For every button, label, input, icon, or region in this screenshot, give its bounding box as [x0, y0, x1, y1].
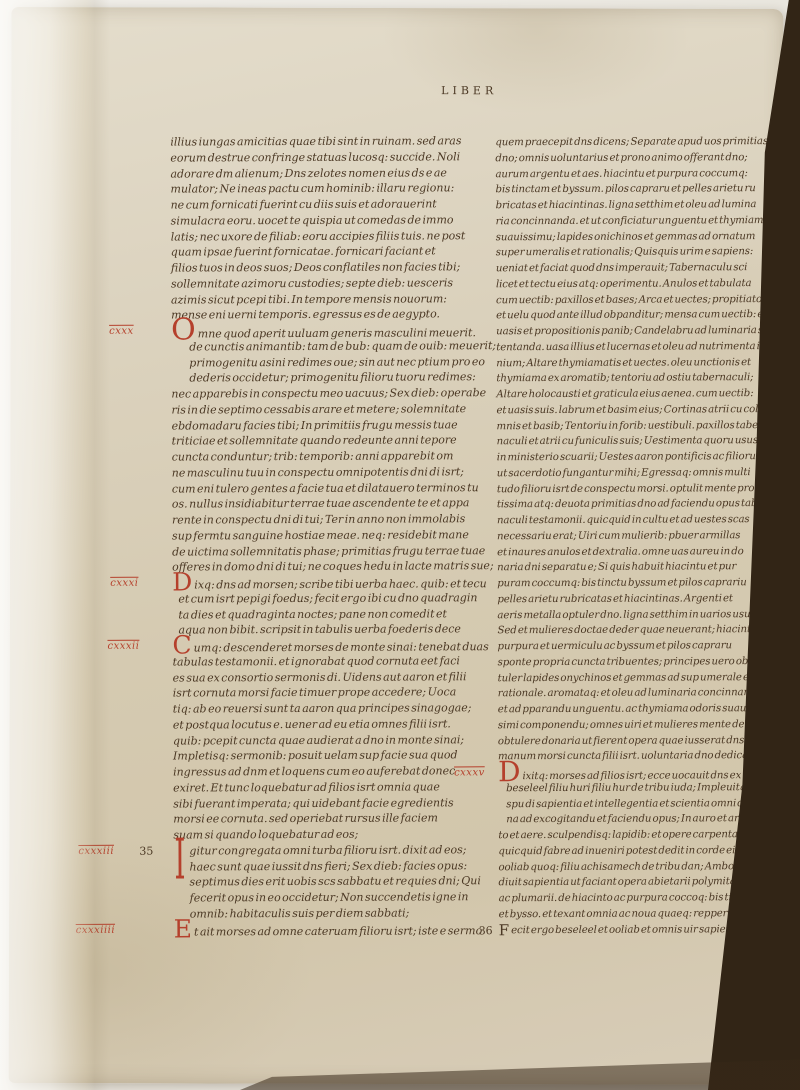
manuscript-line: tentanda. uasa illius et lucernas et ole…: [496, 339, 778, 356]
manuscript-line: cum eni tulero gentes a facie tua et dil…: [172, 480, 496, 497]
line-text: et cum isrt pepigi foedus; fecit ergo ib…: [178, 591, 477, 605]
manuscript-line: to et aere. sculpendisq: lapidib: et ope…: [498, 827, 780, 844]
manuscript-line: naculi et atrii cu funiculis suis; Uesti…: [497, 433, 779, 450]
line-text: naculi et atrii cu funiculis suis; Uesti…: [497, 435, 765, 447]
line-text: haec sunt quae iussit dns fieri; Sex die…: [189, 859, 467, 873]
line-text: ut sacerdotio fungantur mihi; Egressaq: …: [497, 467, 751, 479]
line-text: cum eni tulero gentes a facie tua et dil…: [172, 481, 479, 495]
manuscript-line: illius iungas amicitias quae tibi sint i…: [170, 133, 494, 150]
manuscript-line: ooliab quoq: filiu achisamech de tribu d…: [498, 859, 780, 876]
manuscript-line: uasis et propositionis panib; Candelabru…: [496, 323, 778, 340]
versal-initial: F: [499, 925, 509, 935]
line-text: naculi testamonii. quicquid in cultu et …: [497, 514, 750, 526]
versal-initial: C: [172, 640, 191, 650]
line-text: pelles arietu rubricatas et hiacintinas.…: [497, 593, 733, 605]
line-text: ebdomadaru facies tibi; In primitiis fru…: [172, 418, 458, 432]
line-text: ingressus ad dnm et loquens cum eo aufer…: [173, 764, 455, 778]
line-text: septimus dies erit uobis scs sabbatu et …: [190, 874, 481, 888]
line-text: ne cum fornicati fuerint cu diis suis et…: [171, 197, 437, 211]
line-text: nium; Altare thymiamatis et uectes. oleu…: [496, 357, 751, 369]
line-text: ris in die septimo cessabis arare et met…: [171, 402, 466, 416]
manuscript-line: rationale. aromataq: et oleu ad luminari…: [498, 685, 780, 702]
line-text: ueniat et faciat quod dns imperauit; Tab…: [496, 262, 747, 274]
manuscript-line: spu di sapientia et intellegentia et sci…: [506, 796, 780, 813]
manuscript-line: mense eni uerni temporis. egressus es de…: [171, 306, 495, 323]
manuscript-line: sibi fuerant imperata; qui uidebant faci…: [173, 795, 497, 812]
line-text: et inaures anulos et dextralia. omne uas…: [497, 546, 744, 558]
line-text: mense eni uerni temporis. egressus es de…: [171, 308, 440, 322]
manuscript-line: ac plumarii. de hiacinto ac purpura cocc…: [499, 890, 781, 907]
line-text: suauissimu; lapides onichinos et gemmas …: [496, 231, 756, 243]
line-text: cum uectib: paxillos et bases; Arca et u…: [496, 294, 776, 306]
manuscript-line: bricatas et hiacintinas. ligna setthim e…: [496, 197, 778, 214]
line-text: sponte propria cuncta tribuentes; princi…: [498, 656, 749, 668]
line-text: azimis sicut pcepi tibi. In tempore mens…: [171, 292, 447, 306]
line-text: et uelu quod ante illud obpanditur; mens…: [496, 309, 767, 321]
manuscript-line: simi componendu; omnes uiri et mulieres …: [498, 717, 780, 734]
line-text: spu di sapientia et intellegentia et sci…: [506, 798, 767, 810]
line-text: dederis occidetur; primogenitu filioru t…: [189, 370, 476, 384]
line-text: exiret. Et tunc loquebatur ad filios isr…: [173, 780, 440, 794]
manuscript-line: es sua ex consortio sermonis di. Uidens …: [173, 669, 497, 686]
line-text: aurum argentu et aes. hiacintu et purpur…: [495, 168, 747, 180]
manuscript-line: quem praecepit dns dicens; Separate apud…: [495, 134, 777, 151]
manuscript-line: cum uectib: paxillos et bases; Arca et u…: [496, 292, 778, 309]
text-column-left: illius iungas amicitias quae tibi sint i…: [170, 133, 498, 938]
manuscript-line: septimus dies erit uobis scs sabbatu et …: [190, 873, 498, 890]
versal-initial: E: [174, 924, 192, 934]
line-text: ac plumarii. de hiacinto ac purpura cocc…: [499, 892, 754, 904]
manuscript-line: rente in conspectu dni di tui; Ter in an…: [172, 511, 496, 528]
line-text: tuler lapides onychinos et gemmas ad sup…: [498, 672, 753, 684]
manuscript-line: manum morsi cuncta filii isrt. uoluntari…: [498, 748, 780, 765]
line-text: sup fermtu sanguine hostiae meae. neq: r…: [172, 528, 469, 542]
line-text: in ministerio scuarii; Uestes aaron pont…: [497, 451, 770, 463]
manuscript-line: eorum destrue confringe statuas lucosq: …: [170, 149, 494, 166]
line-text: illius iungas amicitias quae tibi sint i…: [170, 134, 461, 148]
manuscript-line: morsi ee cornuta. sed operiebat rursus i…: [173, 810, 497, 827]
line-text: aqua non bibit. scripsit in tabulis uerb…: [178, 623, 461, 637]
chapter-number-rubric: cxxx: [109, 324, 134, 340]
line-text: quicquid fabre ad inueniri potest dedit …: [498, 845, 738, 857]
line-text: omnib: habitaculis suis per diem sabbati…: [190, 906, 410, 920]
manuscript-line: exiret. Et tunc loquebatur ad filios isr…: [173, 779, 497, 796]
line-text: rente in conspectu dni di tui; Ter in an…: [172, 512, 465, 526]
manuscript-line: aurum argentu et aes. hiacintu et purpur…: [495, 166, 777, 183]
manuscript-line: licet et tectu eius atq: operimentu. Anu…: [496, 276, 778, 293]
manuscript-line: cxxxiDixq: dns ad morsen; scribe tibi ue…: [172, 574, 496, 591]
versal-initial: D: [498, 767, 520, 777]
line-text: mnis et basib; Tentoriu in forib: uestib…: [497, 420, 763, 432]
line-text: rationale. aromataq: et oleu ad luminari…: [498, 687, 763, 699]
manuscript-line: cxxxiiCumq: descenderet morses de monte …: [172, 637, 496, 654]
manuscript-line: tabulas testamonii. et ignorabat quod co…: [173, 653, 497, 670]
line-text: simulacra eoru. uocet te quispia ut come…: [171, 213, 454, 227]
manuscript-line: bis tinctam et byssum. pilos capraru et …: [495, 181, 777, 198]
manuscript-line: ria concinnanda. et ut conficiatur ungue…: [496, 213, 778, 230]
manuscript-line: tuler lapides onychinos et gemmas ad sup…: [498, 670, 780, 687]
line-text: t ait morses ad omne cateruam filioru is…: [194, 924, 482, 938]
line-text: de cunctis animantib: tam de bub: quam d…: [189, 339, 496, 353]
manuscript-line: et postqua locutus e. uener ad eu etia o…: [173, 716, 497, 733]
manuscript-line: ingressus ad dnm et loquens cum eo aufer…: [173, 763, 497, 780]
line-text: ne masculinu tuu in conspectu omnipotent…: [172, 465, 464, 479]
manuscript-line: et ad pparandu unguentu. ac thymiama odo…: [498, 701, 780, 718]
manuscript-line: et uasis suis. labrum et basim eius; Cor…: [496, 402, 778, 419]
manuscript-line: super umeralis et rationalis; Quisquis u…: [496, 244, 778, 261]
manuscript-line: diuit sapientia ut faciant opera abietar…: [499, 874, 781, 891]
manuscript-line: beseleel filiu huri filiu hur de tribu i…: [506, 780, 780, 797]
line-text: thymiama ex aromatib; tentoriu ad ostiu …: [496, 372, 753, 384]
versal-initial: O: [171, 325, 196, 335]
line-text: et postqua locutus e. uener ad eu etia o…: [173, 717, 451, 731]
manuscript-line: adorare dm alienum; Dns zelotes nomen ei…: [170, 165, 494, 182]
versal-initial: I: [174, 840, 185, 880]
line-text: obtulere donaria ut fierent opera quae i…: [498, 735, 752, 747]
line-text: tiq: ab eo reuersi sunt ta aaron qua pri…: [173, 701, 472, 715]
line-text: suam si quando loquebatur ad eos;: [173, 828, 358, 842]
line-text: fecerit opus in eo occidetur; Non succen…: [190, 890, 469, 904]
chapter-number-rubric: cxxxi: [110, 576, 138, 592]
manuscript-line: isrt cornuta morsi facie timuer prope ac…: [173, 684, 497, 701]
manuscript-line: offeres in domo dni di tui; ne coques he…: [172, 558, 496, 575]
running-title: LIBER: [441, 84, 497, 97]
manuscript-line: obtulere donaria ut fierent opera quae i…: [498, 733, 780, 750]
line-text: adorare dm alienum; Dns zelotes nomen ei…: [170, 166, 447, 180]
manuscript-line: Altare holocausti et graticula eius aene…: [496, 386, 778, 403]
line-text: mulator; Ne ineas pactu cum hominib: ill…: [170, 182, 454, 196]
manuscript-line: cxxxiii35Igitur congregata omni turba fi…: [189, 842, 497, 859]
line-text: nec apparebis in conspectu meo uacuus; S…: [171, 386, 486, 400]
line-text: isrt cornuta morsi facie timuer prope ac…: [173, 686, 457, 700]
line-text: to et aere. sculpendisq: lapidib: et ope…: [498, 829, 751, 841]
manuscript-line: simulacra eoru. uocet te quispia ut come…: [171, 212, 495, 229]
manuscript-line: sponte propria cuncta tribuentes; princi…: [498, 654, 780, 671]
manuscript-line: suauissimu; lapides onichinos et gemmas …: [496, 229, 778, 246]
manuscript-line: thymiama ex aromatib; tentoriu ad ostiu …: [496, 370, 778, 387]
manuscript-line: mulator; Ne ineas pactu cum hominib: ill…: [170, 180, 494, 197]
line-text: et uasis suis. labrum et basim eius; Cor…: [496, 404, 764, 416]
line-text: necessariu erat; Uiri cum mulierib: pbue…: [497, 530, 740, 542]
line-text: Sed et mulieres doctae deder quae neuera…: [497, 624, 757, 636]
line-text: quib: pcepit cuncta quae audierat a dno …: [173, 733, 464, 747]
line-text: puram coccumq: bis tinctu byssum et pilo…: [497, 577, 747, 589]
manuscript-line: Impletisq: sermonib: posuit uelam sup fa…: [173, 747, 497, 764]
line-text: super umeralis et rationalis; Quisquis u…: [496, 246, 754, 258]
manuscript-line: quicquid fabre ad inueniri potest dedit …: [498, 843, 780, 860]
manuscript-line: azimis sicut pcepi tibi. In tempore mens…: [171, 291, 495, 308]
manuscript-line: et uelu quod ante illud obpanditur; mens…: [496, 307, 778, 324]
manuscript-line: cxxxvDixitq: morses ad filios isrt; ecce…: [498, 764, 780, 781]
manuscript-line: mnis et basib; Tentoriu in forib: uestib…: [497, 418, 779, 435]
manuscript-line: aeris metalla optuler dno. ligna setthim…: [497, 607, 779, 624]
manuscript-line: haec sunt quae iussit dns fieri; Sex die…: [189, 858, 497, 875]
line-text: quem praecepit dns dicens; Separate apud…: [495, 136, 768, 148]
line-text: quam ipsae fuerint fornicatae. fornicari…: [171, 245, 436, 259]
manuscript-line: ris in die septimo cessabis arare et met…: [171, 401, 495, 418]
manuscript-line: na ad excogitandu et faciendu opus; In a…: [506, 811, 780, 828]
line-text: os. nullus insidiabitur terrae tuae asce…: [172, 496, 470, 510]
manuscript-line: ta dies et quadraginta noctes; pane non …: [178, 606, 496, 623]
line-text: uasis et propositionis panib; Candelabru…: [496, 325, 775, 337]
manuscript-line: naria dni separatu e; Si quis habuit hia…: [497, 559, 779, 576]
chapter-number-rubric: cxxxiiii: [76, 922, 115, 938]
line-text: et ad pparandu unguentu. ac thymiama odo…: [498, 703, 755, 715]
manuscript-line: naculi testamonii. quicquid in cultu et …: [497, 512, 779, 529]
chapter-number-ink: 35: [139, 843, 153, 859]
manuscript-line: cuncta conduntur; trib: temporib: anni a…: [172, 448, 496, 465]
line-text: aeris metalla optuler dno. ligna setthim…: [497, 609, 759, 621]
manuscript-line: 36Fecit ergo beseleel et ooliab et omnis…: [499, 922, 781, 939]
manuscript-line: et inaures anulos et dextralia. omne uas…: [497, 544, 779, 561]
line-text: ta dies et quadraginta noctes; pane non …: [178, 607, 447, 621]
chapter-number-rubric: cxxxii: [107, 639, 139, 655]
manuscript-line: suam si quando loquebatur ad eos;: [173, 826, 497, 843]
manuscript-line: de uictima sollemnitatis phase; primitia…: [172, 543, 496, 560]
manuscript-line: tudo filioru isrt de conspectu morsi. op…: [497, 481, 779, 498]
manuscript-line: triticiae et sollemnitate quando redeunt…: [172, 432, 496, 449]
line-text: ria concinnanda. et ut conficiatur ungue…: [496, 215, 770, 227]
manuscript-line: et cum isrt pepigi foedus; fecit ergo ib…: [178, 590, 496, 607]
manuscript-line: dno; omnis uoluntarius et prono animo of…: [495, 150, 777, 167]
line-text: bricatas et hiacintinas. ligna setthim e…: [496, 199, 757, 211]
line-text: tentanda. uasa illius et lucernas et ole…: [496, 341, 766, 353]
manuscript-line: filios tuos in deos suos; Deos conflatil…: [171, 259, 495, 276]
manuscript-line: nium; Altare thymiamatis et uectes. oleu…: [496, 355, 778, 372]
line-text: bis tinctam et byssum. pilos capraru et …: [495, 183, 755, 195]
versal-initial: D: [172, 577, 192, 587]
manuscript-line: omnib: habitaculis suis per diem sabbati…: [190, 905, 498, 922]
line-text: simi componendu; omnes uiri et mulieres …: [498, 719, 767, 731]
line-text: es sua ex consortio sermonis di. Uidens …: [173, 670, 467, 684]
manuscript-line: tiq: ab eo reuersi sunt ta aaron qua pri…: [173, 700, 497, 717]
manuscript-line: sup fermtu sanguine hostiae meae. neq: r…: [172, 527, 496, 544]
line-text: Impletisq: sermonib: posuit uelam sup fa…: [173, 749, 458, 763]
manuscript-line: purpura et uermiculu ac byssum et pilos …: [497, 638, 779, 655]
line-text: offeres in domo dni di tui; ne coques he…: [172, 559, 494, 573]
line-text: licet et tectu eius atq: operimentu. Anu…: [496, 278, 752, 290]
manuscript-line: sollemnitate azimoru custodies; septe di…: [171, 275, 495, 292]
manuscript-line: quam ipsae fuerint fornicatae. fornicari…: [171, 243, 495, 260]
chapter-number-rubric: cxxxv: [454, 765, 485, 781]
line-text: purpura et uermiculu ac byssum et pilos …: [497, 640, 732, 652]
line-text: et bysso. et texant omnia ac noua quaeq:…: [499, 908, 751, 920]
manuscript-line: necessariu erat; Uiri cum mulierib: pbue…: [497, 528, 779, 545]
manuscript-line: cxxxOmne quod aperit uuluam generis masc…: [171, 322, 495, 339]
manuscript-line: tissima atq: deuota primitias dno ad fac…: [497, 496, 779, 513]
text-column-right: quem praecepit dns dicens; Separate apud…: [495, 134, 781, 938]
line-text: latis; nec uxore de filiab: eoru accipie…: [171, 229, 466, 243]
manuscript-line: ueniat et faciat quod dns imperauit; Tab…: [496, 260, 778, 277]
manuscript-line: pelles arietu rubricatas et hiacintinas.…: [497, 591, 779, 608]
manuscript-line: Sed et mulieres doctae deder quae neuera…: [497, 622, 779, 639]
manuscript-photo: LIBER illius iungas amicitias quae tibi …: [0, 0, 800, 1090]
line-text: naria dni separatu e; Si quis habuit hia…: [497, 561, 736, 573]
line-text: beseleel filiu huri filiu hur de tribu i…: [506, 782, 763, 794]
line-text: tissima atq: deuota primitias dno ad fac…: [497, 498, 758, 510]
manuscript-line: et bysso. et texant omnia ac noua quaeq:…: [499, 906, 781, 923]
manuscript-line: puram coccumq: bis tinctu byssum et pilo…: [497, 575, 779, 592]
line-text: eorum destrue confringe statuas lucosq: …: [170, 150, 460, 164]
line-text: diuit sapientia ut faciant opera abietar…: [499, 876, 747, 888]
line-text: Altare holocausti et graticula eius aene…: [496, 388, 753, 400]
line-text: primogenitu asini redimes oue; sin aut n…: [189, 355, 485, 369]
line-text: sibi fuerant imperata; qui uidebant faci…: [173, 796, 454, 810]
manuscript-line: dederis occidetur; primogenitu filioru t…: [189, 369, 495, 386]
manuscript-line: ne masculinu tuu in conspectu omnipotent…: [172, 464, 496, 481]
line-text: ecit ergo beseleel et ooliab et omnis ui…: [511, 924, 764, 936]
line-text: morsi ee cornuta. sed operiebat rursus i…: [173, 812, 438, 826]
manuscript-line: ut sacerdotio fungantur mihi; Egressaq: …: [497, 465, 779, 482]
manuscript-line: nec apparebis in conspectu meo uacuus; S…: [171, 385, 495, 402]
parchment-page: LIBER illius iungas amicitias quae tibi …: [9, 7, 784, 1085]
line-text: dno; omnis uoluntarius et prono animo of…: [495, 152, 747, 164]
manuscript-line: ebdomadaru facies tibi; In primitiis fru…: [172, 417, 496, 434]
line-text: ooliab quoq: filiu achisamech de tribu d…: [498, 861, 757, 873]
manuscript-line: in ministerio scuarii; Uestes aaron pont…: [497, 449, 779, 466]
line-text: cuncta conduntur; trib: temporib: anni a…: [172, 449, 454, 463]
manuscript-line: ne cum fornicati fuerint cu diis suis et…: [171, 196, 495, 213]
manuscript-line: latis; nec uxore de filiab: eoru accipie…: [171, 228, 495, 245]
chapter-number-ink: 36: [479, 923, 493, 939]
line-text: filios tuos in deos suos; Deos conflatil…: [171, 260, 460, 274]
line-text: gitur congregata omni turba filioru isrt…: [189, 843, 466, 857]
line-text: sollemnitate azimoru custodies; septe di…: [171, 276, 453, 290]
manuscript-line: primogenitu asini redimes oue; sin aut n…: [189, 354, 495, 371]
manuscript-line: fecerit opus in eo occidetur; Non succen…: [190, 889, 498, 906]
line-text: tudo filioru isrt de conspectu morsi. op…: [497, 483, 771, 495]
line-text: triticiae et sollemnitate quando redeunt…: [172, 434, 457, 448]
line-text: na ad excogitandu et faciendu opus; In a…: [506, 813, 757, 825]
line-text: tabulas testamonii. et ignorabat quod co…: [173, 654, 460, 668]
manuscript-line: quib: pcepit cuncta quae audierat a dno …: [173, 732, 497, 749]
chapter-number-rubric: cxxxiii: [78, 844, 114, 860]
manuscript-line: cxxxiiiiEt ait morses ad omne cateruam f…: [174, 921, 498, 938]
line-text: de uictima sollemnitatis phase; primitia…: [172, 544, 485, 558]
manuscript-line: os. nullus insidiabitur terrae tuae asce…: [172, 495, 496, 512]
manuscript-line: aqua non bibit. scripsit in tabulis uerb…: [178, 621, 496, 638]
line-text: manum morsi cuncta filii isrt. uoluntari…: [498, 750, 765, 762]
manuscript-line: de cunctis animantib: tam de bub: quam d…: [189, 338, 495, 355]
